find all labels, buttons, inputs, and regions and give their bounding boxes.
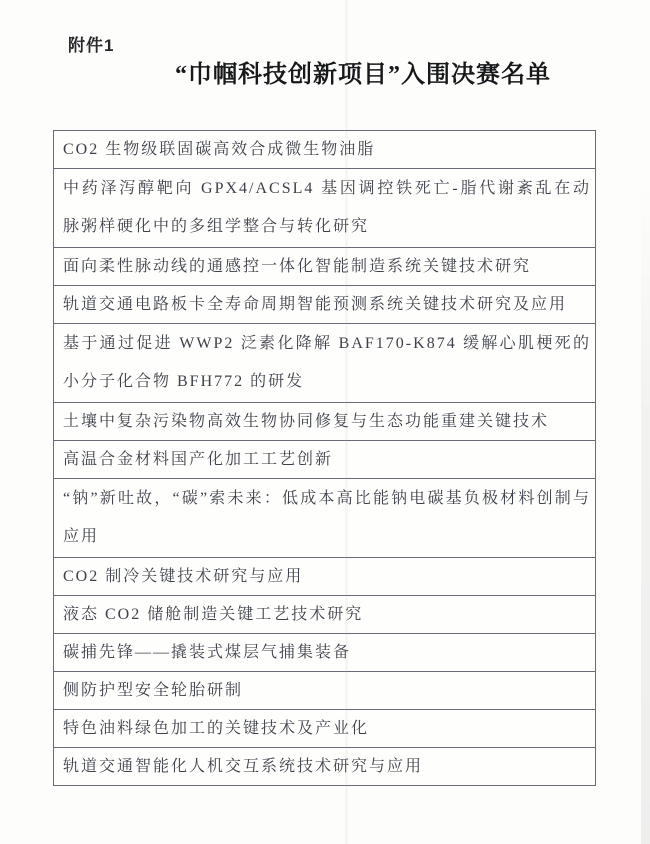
table-row: “钠”新吐故，“碳”索未来：低成本高比能钠电碳基负极材料创制与应用 bbox=[54, 478, 595, 557]
table-row: 中药泽泻醇靶向 GPX4/ACSL4 基因调控铁死亡-脂代谢紊乱在动脉粥样硬化中… bbox=[54, 168, 595, 247]
project-name: 基于通过促进 WWP2 泛素化降解 BAF170-K874 缓解心肌梗死的小分子… bbox=[63, 335, 591, 390]
table-row: 土壤中复杂污染物高效生物协同修复与生态功能重建关键技术 bbox=[54, 402, 595, 440]
project-name: 中药泽泻醇靶向 GPX4/ACSL4 基因调控铁死亡-脂代谢紊乱在动脉粥样硬化中… bbox=[63, 180, 591, 235]
table-row: 侧防护型安全轮胎研制 bbox=[54, 671, 595, 709]
table-row: 基于通过促进 WWP2 泛素化降解 BAF170-K874 缓解心肌梗死的小分子… bbox=[54, 323, 595, 402]
project-name: 轨道交通电路板卡全寿命周期智能预测系统关键技术研究及应用 bbox=[63, 286, 567, 323]
finalist-table: CO2 生物级联固碳高效合成微生物油脂 中药泽泻醇靶向 GPX4/ACSL4 基… bbox=[53, 130, 596, 786]
table-row: 面向柔性脉动线的通感控一体化智能制造系统关键技术研究 bbox=[54, 247, 595, 285]
table-row: 液态 CO2 储舱制造关键工艺技术研究 bbox=[54, 595, 595, 633]
table-row: CO2 生物级联固碳高效合成微生物油脂 bbox=[54, 131, 595, 168]
table-row: CO2 制冷关键技术研究与应用 bbox=[54, 557, 595, 595]
project-name: “钠”新吐故，“碳”索未来：低成本高比能钠电碳基负极材料创制与应用 bbox=[63, 490, 591, 545]
page-title: “巾帼科技创新项目”入围决赛名单 bbox=[0, 58, 650, 92]
project-name: 高温合金材料国产化加工工艺创新 bbox=[63, 441, 333, 478]
project-name: CO2 生物级联固碳高效合成微生物油脂 bbox=[63, 131, 375, 168]
document-page: 附件1 “巾帼科技创新项目”入围决赛名单 CO2 生物级联固碳高效合成微生物油脂… bbox=[0, 0, 650, 844]
table-row: 特色油料绿色加工的关键技术及产业化 bbox=[54, 709, 595, 747]
table-row: 高温合金材料国产化加工工艺创新 bbox=[54, 440, 595, 478]
project-name: 土壤中复杂污染物高效生物协同修复与生态功能重建关键技术 bbox=[63, 403, 549, 440]
table-row: 轨道交通电路板卡全寿命周期智能预测系统关键技术研究及应用 bbox=[54, 285, 595, 323]
project-name: 碳捕先锋——撬装式煤层气捕集装备 bbox=[63, 634, 351, 671]
project-name: 面向柔性脉动线的通感控一体化智能制造系统关键技术研究 bbox=[63, 248, 531, 285]
attachment-label: 附件1 bbox=[68, 31, 114, 56]
project-name: CO2 制冷关键技术研究与应用 bbox=[63, 558, 303, 595]
project-name: 轨道交通智能化人机交互系统技术研究与应用 bbox=[63, 748, 423, 785]
table-row: 碳捕先锋——撬装式煤层气捕集装备 bbox=[54, 633, 595, 671]
project-name: 侧防护型安全轮胎研制 bbox=[63, 672, 243, 709]
project-name: 特色油料绿色加工的关键技术及产业化 bbox=[63, 710, 369, 747]
scan-edge-artifact bbox=[641, 180, 650, 844]
project-name: 液态 CO2 储舱制造关键工艺技术研究 bbox=[63, 596, 363, 633]
table-row: 轨道交通智能化人机交互系统技术研究与应用 bbox=[54, 747, 595, 785]
